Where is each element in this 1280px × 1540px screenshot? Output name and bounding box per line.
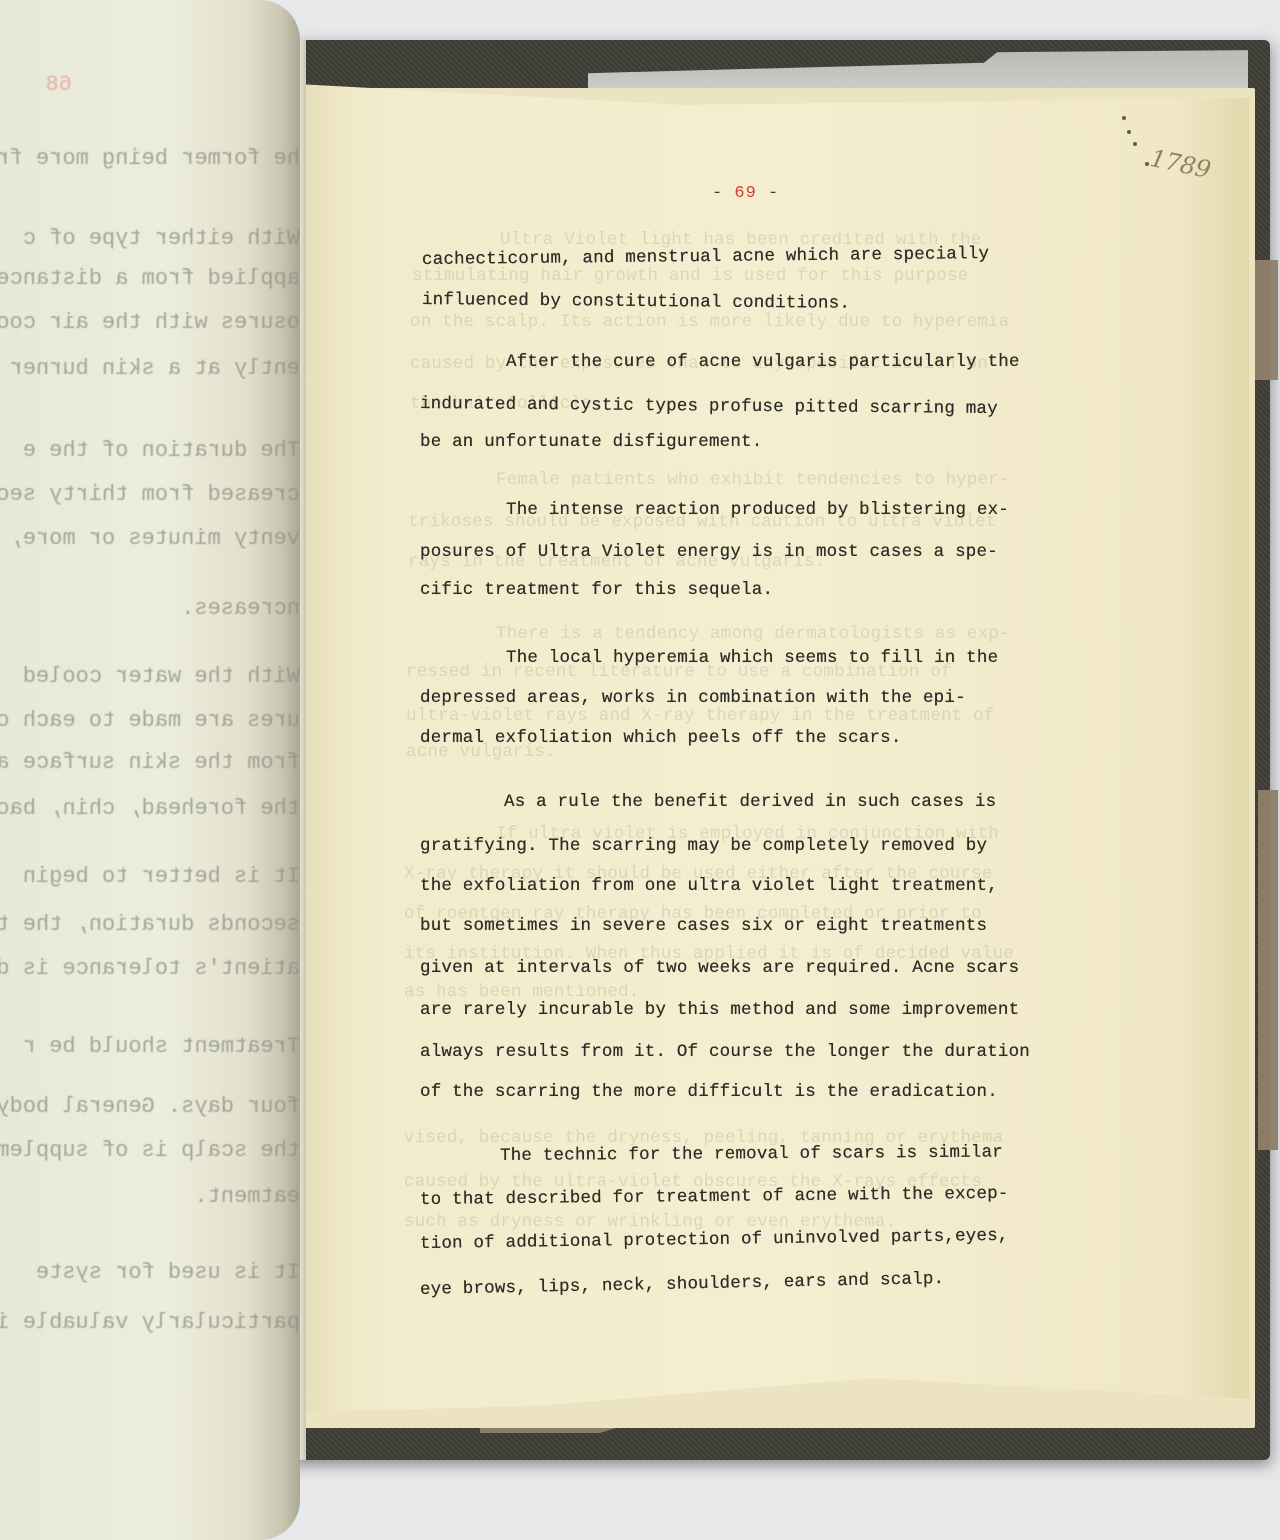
text-line: posures of Ultra Violet energy is in mos…	[420, 542, 998, 562]
text-line: After the cure of acne vulgaris particul…	[506, 352, 1020, 372]
facing-page-line: It is better to begin	[23, 864, 300, 889]
torn-endpaper-right	[1252, 260, 1278, 380]
facing-page-line: the scalp is of supplemen	[0, 1138, 300, 1163]
text-line: the exfoliation from one ultra violet li…	[420, 876, 998, 896]
facing-page-line: applied from a distance u	[0, 266, 300, 291]
bleed-through-line: ultra-violet rays and X-ray therapy in t…	[406, 706, 995, 726]
page-number: - 69 -	[712, 184, 779, 203]
text-line: given at intervals of two weeks are requ…	[420, 958, 1019, 978]
text-line: The intense reaction produced by blister…	[506, 500, 1009, 520]
facing-page-line: venty minutes or more, as	[0, 526, 300, 551]
text-line: always results from it. Of course the lo…	[420, 1042, 1030, 1062]
facing-page: 68 he former being more frequeWith eithe…	[0, 0, 300, 1540]
bleed-through-line: as has been mentioned.	[404, 982, 639, 1002]
facing-page-number: 68	[46, 72, 72, 97]
bleed-through-line: There is a tendency among dermatologists…	[496, 624, 1010, 644]
binding-hole	[1145, 162, 1149, 166]
binding-hole	[1122, 116, 1126, 120]
facing-page-line: he former being more freque	[0, 146, 300, 171]
text-line: but sometimes in severe cases six or eig…	[420, 916, 987, 936]
facing-page-line: ures are made to each cheek	[0, 708, 300, 733]
facing-page-line: seconds duration, the ti	[0, 912, 300, 937]
text-line: of the scarring the more difficult is th…	[420, 1082, 998, 1102]
facing-page-line: creased from thirty second	[0, 482, 300, 507]
torn-endpaper-right-lower	[1258, 790, 1278, 1150]
text-line: dermal exfoliation which peels off the s…	[420, 728, 902, 748]
bleed-through-line: on the scalp. Its action is more likely …	[410, 312, 1009, 332]
facing-page-line: from the skin surface and wh	[0, 750, 300, 775]
facing-page-line: four days. General body	[0, 1094, 300, 1119]
facing-page-line: With either type of c	[23, 226, 300, 251]
binding-hole	[1133, 142, 1137, 146]
text-line: influenced by constitutional conditions.	[422, 290, 850, 314]
page-number-suffix: -	[768, 184, 779, 203]
facing-page-line: the forehead, chin, back and	[0, 796, 300, 821]
facing-page-line: ncreases.	[181, 596, 300, 621]
facing-page-line: osures with the air cooled	[0, 310, 300, 335]
text-line: be an unfortunate disfigurement.	[420, 432, 762, 452]
page-number-value: 69	[734, 184, 756, 203]
facing-page-line: atient's tolerance is deter	[0, 956, 300, 981]
text-line: As a rule the benefit derived in such ca…	[504, 792, 996, 812]
facing-page-line: With the water cooled	[23, 664, 300, 689]
facing-page-line: particularly valuable in	[0, 1310, 300, 1335]
facing-page-line: The duration of the e	[23, 438, 300, 463]
text-line: cific treatment for this sequela.	[420, 580, 773, 600]
facing-page-line: It is used for syste	[36, 1260, 300, 1285]
page-number-prefix: -	[712, 184, 723, 203]
facing-page-line: Treatment should be r	[23, 1034, 300, 1059]
facing-page-line: ently at a skin burner dist	[0, 356, 300, 381]
text-line: are rarely incurable by this method and …	[420, 1000, 1019, 1020]
text-line: The local hyperemia which seems to fill …	[506, 648, 998, 668]
facing-page-line: eatment.	[194, 1184, 300, 1209]
text-line: gratifying. The scarring may be complete…	[420, 836, 987, 856]
binding-hole	[1127, 130, 1131, 134]
bleed-through-line: Female patients who exhibit tendencies t…	[496, 470, 1010, 490]
text-line: The technic for the removal of scars is …	[500, 1142, 1003, 1166]
text-line: depressed areas, works in combination wi…	[420, 688, 966, 708]
